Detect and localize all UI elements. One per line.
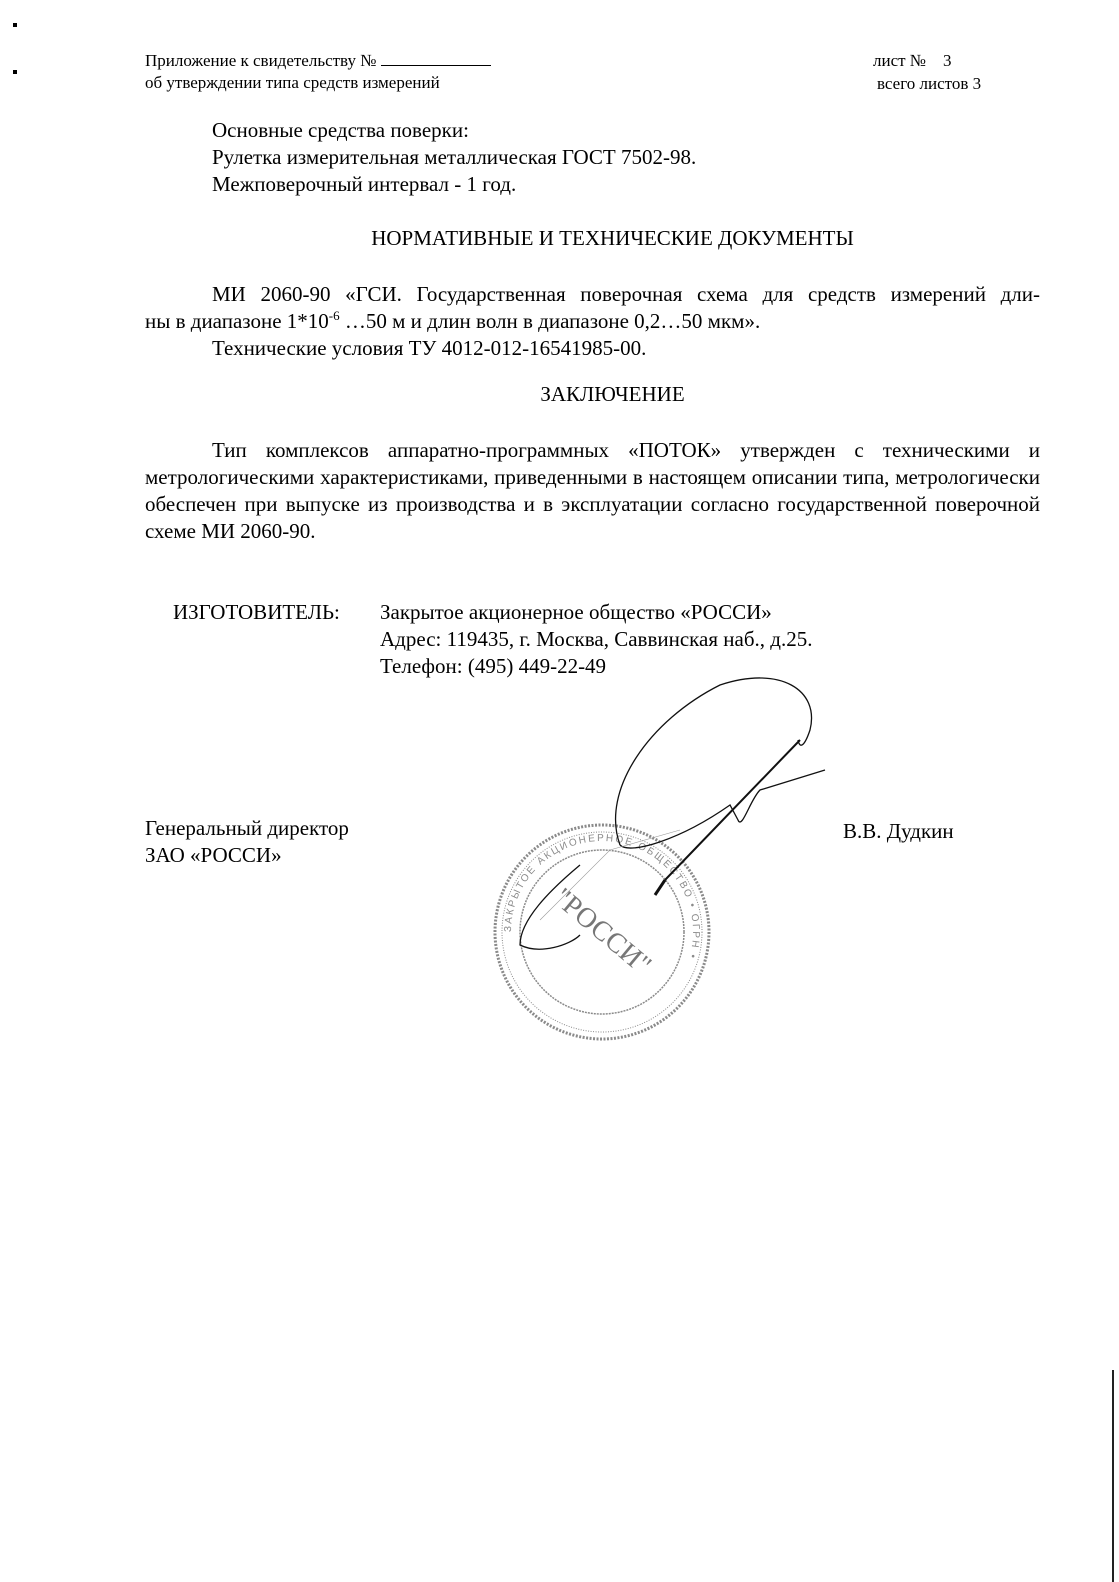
verification-tool: Рулетка измерительная металлическая ГОСТ… xyxy=(212,144,696,171)
conclusion-text: Тип комплексов аппаратно-программных «ПО… xyxy=(145,437,1040,545)
verification-heading: Основные средства поверки: xyxy=(212,117,469,144)
scan-speck xyxy=(13,23,17,27)
sheet-number: лист № 3 xyxy=(873,50,952,72)
sheet-label: лист № xyxy=(873,51,926,70)
manufacturer-name: Закрытое акционерное общество «РОССИ» xyxy=(380,599,772,626)
header-appendix-line: Приложение к свидетельству № xyxy=(145,50,491,72)
verification-interval: Межповерочный интервал - 1 год. xyxy=(212,171,516,198)
scan-edge-line xyxy=(1112,1370,1114,1582)
normative-doc1-line2: ны в диапазоне 1*10-6 …50 м и длин волн … xyxy=(145,308,760,335)
signer-position: Генеральный директор xyxy=(145,815,349,842)
header-approval-line: об утверждении типа средств измерений xyxy=(145,72,440,94)
range-text-end: …50 м и длин волн в диапазоне 0,2…50 мкм… xyxy=(340,309,761,333)
signer-company: ЗАО «РОССИ» xyxy=(145,842,282,869)
svg-text:"РОССИ": "РОССИ" xyxy=(548,882,657,981)
stamp-icon: ЗАКРЫТОЕ АКЦИОНЕРНОЕ ОБЩЕСТВО • ОГРН • "… xyxy=(495,825,709,1039)
normative-title: НОРМАТИВНЫЕ И ТЕХНИЧЕСКИЕ ДОКУМЕНТЫ xyxy=(145,226,1040,251)
company-stamp-and-signature: ЗАКРЫТОЕ АКЦИОНЕРНОЕ ОБЩЕСТВО • ОГРН • "… xyxy=(480,670,850,1050)
total-sheets: всего листов 3 xyxy=(877,73,981,95)
scan-speck xyxy=(13,70,17,74)
manufacturer-label: ИЗГОТОВИТЕЛЬ: xyxy=(173,599,340,626)
appendix-label: Приложение к свидетельству № xyxy=(145,51,376,70)
manufacturer-address: Адрес: 119435, г. Москва, Саввинская наб… xyxy=(380,626,812,653)
conclusion-title: ЗАКЛЮЧЕНИЕ xyxy=(145,382,1040,407)
certificate-number-blank xyxy=(381,51,491,66)
range-text: ны в диапазоне 1*10 xyxy=(145,309,329,333)
signer-name: В.В. Дудкин xyxy=(843,818,954,845)
normative-doc2: Технические условия ТУ 4012-012-16541985… xyxy=(212,335,646,362)
normative-doc1-line1: МИ 2060-90 «ГСИ. Государственная повероч… xyxy=(212,281,1040,308)
sheet-value: 3 xyxy=(943,51,952,70)
exponent: -6 xyxy=(329,308,340,323)
